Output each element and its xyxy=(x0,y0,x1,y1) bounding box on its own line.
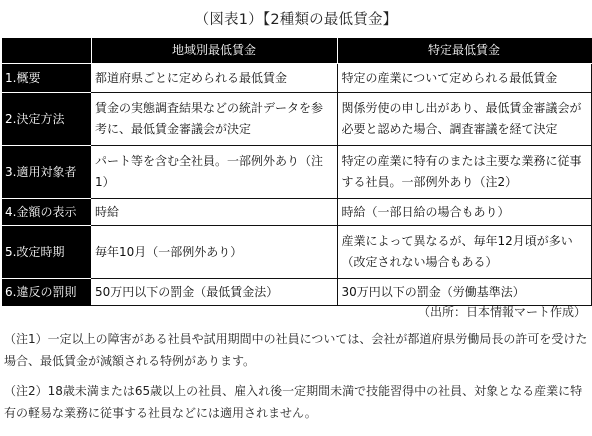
row-label: 3.適用対象者 xyxy=(2,146,91,199)
regional-cell: 時給 xyxy=(91,199,337,226)
specific-cell: 関係労使の申し出があり、最低賃金審議会が必要と認めた場合、調査審議を経て決定 xyxy=(337,93,591,146)
table-row: 1.概要 都道府県ごとに定められる最低賃金 特定の産業について定められる最低賃金 xyxy=(2,64,591,93)
specific-cell: 30万円以下の罰金（労働基準法） xyxy=(337,279,591,306)
header-specific-minimum-wage: 特定最低賃金 xyxy=(337,38,591,64)
row-label: 6.違反の罰則 xyxy=(2,279,91,306)
regional-cell: 50万円以下の罰金（最低賃金法） xyxy=(91,279,337,306)
regional-cell: 賃金の実態調査結果などの統計データを参考に、最低賃金審議会が決定 xyxy=(91,93,337,146)
table-header-row: 地域別最低賃金 特定最低賃金 xyxy=(2,38,591,64)
specific-cell: 特定の産業に特有のまたは主要な業務に従事する社員。一部例外あり（注2） xyxy=(337,146,591,199)
footnote-2: （注2）18歳未満または65歳以上の社員、雇入れ後一定期間未満で技能習得中の社員… xyxy=(4,380,590,424)
table-row: 4.金額の表示 時給 時給（一部日給の場合もあり） xyxy=(2,199,591,226)
table-row: 3.適用対象者 パート等を含む全社員。一部例外あり（注1） 特定の産業に特有のま… xyxy=(2,146,591,199)
figure-title: （図表1）【2種類の最低賃金】 xyxy=(0,8,592,29)
row-label: 5.改定時期 xyxy=(2,226,91,279)
minimum-wage-table: 地域別最低賃金 特定最低賃金 1.概要 都道府県ごとに定められる最低賃金 特定の… xyxy=(2,38,592,306)
row-label: 2.決定方法 xyxy=(2,93,91,146)
regional-cell: 毎年10月（一部例外あり） xyxy=(91,226,337,279)
header-regional-minimum-wage: 地域別最低賃金 xyxy=(91,38,337,64)
source-credit: （出所：日本情報マート作成） xyxy=(418,303,586,320)
table-row: 5.改定時期 毎年10月（一部例外あり） 産業によって異なるが、毎年12月頃が多… xyxy=(2,226,591,279)
header-corner xyxy=(2,38,91,64)
row-label: 1.概要 xyxy=(2,64,91,93)
specific-cell: 特定の産業について定められる最低賃金 xyxy=(337,64,591,93)
table-row: 6.違反の罰則 50万円以下の罰金（最低賃金法） 30万円以下の罰金（労働基準法… xyxy=(2,279,591,306)
row-label: 4.金額の表示 xyxy=(2,199,91,226)
footnote-1: （注1）一定以上の障害がある社員や試用期間中の社員については、会社が都道府県労働… xyxy=(4,328,590,372)
specific-cell: 産業によって異なるが、毎年12月頃が多い（改定されない場合もある） xyxy=(337,226,591,279)
table-row: 2.決定方法 賃金の実態調査結果などの統計データを参考に、最低賃金審議会が決定 … xyxy=(2,93,591,146)
regional-cell: パート等を含む全社員。一部例外あり（注1） xyxy=(91,146,337,199)
regional-cell: 都道府県ごとに定められる最低賃金 xyxy=(91,64,337,93)
specific-cell: 時給（一部日給の場合もあり） xyxy=(337,199,591,226)
